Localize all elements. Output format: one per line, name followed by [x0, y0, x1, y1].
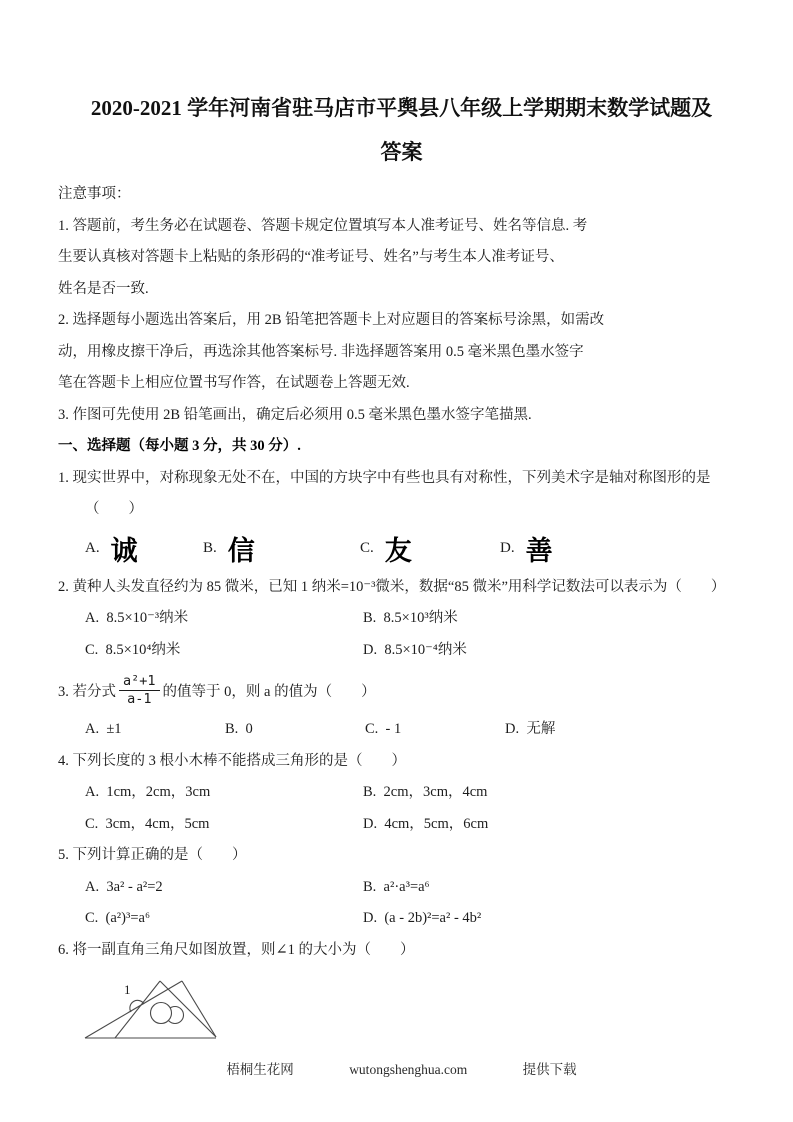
q1-option-d-label: D. [500, 540, 515, 557]
title-line-2: 答案 [58, 138, 745, 166]
q3-option-b: B. 0 [225, 714, 365, 746]
q3-options: A. ±1 B. 0 C. - 1 D. 无解 [58, 714, 745, 746]
q1-option-c-label: C. [360, 540, 374, 557]
q4-option-c: C. 3cm，4cm，5cm [85, 809, 363, 841]
page-footer: 梧桐生花网 wutongshenghua.com 提供下载 [58, 1058, 745, 1078]
q2-option-d: D. 8.5×10⁻⁴纳米 [363, 635, 467, 667]
title-line-1: 2020-2021 学年河南省驻马店市平舆县八年级上学期期末数学试题及 [58, 94, 745, 122]
q2-option-a: A. 8.5×10⁻³纳米 [85, 603, 363, 635]
q3-stem-suffix: 的值等于 0，则 a 的值为（ ） [163, 680, 376, 701]
page-title: 2020-2021 学年河南省驻马店市平舆县八年级上学期期末数学试题及 答案 [58, 94, 745, 166]
set-squares-figure: 1 [80, 972, 230, 1046]
q1-option-c: C. 友 [360, 529, 500, 568]
q5-options-row-2: C. (a²)³=a⁶ D. (a - 2b)²=a² - 4b² [58, 903, 745, 935]
q2-option-b: B. 8.5×10³纳米 [363, 603, 458, 635]
q5-option-b: B. a²·a³=a⁶ [363, 872, 430, 904]
notice-line-3: 姓名是否一致. [58, 274, 745, 306]
q5-stem: 5. 下列计算正确的是（ ） [58, 840, 745, 872]
q4-option-b: B. 2cm，3cm，4cm [363, 777, 487, 809]
q1-option-b-character: 信 [228, 529, 255, 568]
notice-line-6: 笔在答题卡上相应位置书写作答，在试题卷上答题无效. [58, 368, 745, 400]
q3-stem-prefix: 3. 若分式 [58, 680, 116, 701]
angle-1-label: 1 [124, 982, 131, 997]
q3-fraction: a²+1 a-1 [119, 673, 160, 708]
figure-hole-left [151, 1003, 172, 1024]
section-heading-choice: 一、选择题（每小题 3 分，共 30 分）. [58, 431, 745, 463]
q6-figure: 1 [80, 972, 745, 1048]
q1-stem: 1. 现实世界中，对称现象无处不在，中国的方块字中有些也具有对称性，下列美术字是… [58, 463, 745, 495]
q4-options-row-2: C. 3cm，4cm，5cm D. 4cm，5cm，6cm [58, 809, 745, 841]
q5-option-c: C. (a²)³=a⁶ [85, 903, 363, 935]
q1-options: A. 诚 B. 信 C. 友 D. 善 [58, 526, 745, 572]
figure-right-edge-long [182, 981, 216, 1037]
footer-site-name: 梧桐生花网 [226, 1062, 294, 1077]
notice-line-2: 生要认真核对答题卡上粘贴的条形码的“准考证号、姓名”与考生本人准考证号、 [58, 242, 745, 274]
notice-section: 注意事项： 1. 答题前，考生务必在试题卷、答题卡规定位置填写本人准考证号、姓名… [58, 179, 745, 431]
q1-option-b: B. 信 [203, 529, 360, 568]
q5-option-d: D. (a - 2b)²=a² - 4b² [363, 903, 481, 935]
q3-option-a: A. ±1 [85, 714, 225, 746]
q1-option-d: D. 善 [500, 529, 553, 568]
q5-option-a: A. 3a² - a²=2 [85, 872, 363, 904]
q1-option-a-character: 诚 [111, 529, 138, 568]
q1-option-b-label: B. [203, 540, 217, 557]
q3-stem: 3. 若分式 a²+1 a-1 的值等于 0，则 a 的值为（ ） [58, 666, 745, 714]
q2-options-row-2: C. 8.5×10⁴纳米 D. 8.5×10⁻⁴纳米 [58, 635, 745, 667]
exam-document-page: 2020-2021 学年河南省驻马店市平舆县八年级上学期期末数学试题及 答案 注… [0, 0, 793, 1122]
q4-option-d: D. 4cm，5cm，6cm [363, 809, 488, 841]
notice-header: 注意事项： [58, 179, 745, 211]
q2-stem: 2. 黄种人头发直径约为 85 微米，已知 1 纳米=10⁻³微米，数据“85 … [58, 572, 745, 604]
q1-option-a-label: A. [85, 540, 100, 557]
notice-line-1: 1. 答题前，考生务必在试题卷、答题卡规定位置填写本人准考证号、姓名等信息. 考 [58, 211, 745, 243]
notice-line-4: 2. 选择题每小题选出答案后，用 2B 铅笔把答题卡上对应题目的答案标号涂黑，如… [58, 305, 745, 337]
notice-line-7: 3. 作图可先使用 2B 铅笔画出，确定后必须用 0.5 毫米黑色墨水签字笔描黑… [58, 400, 745, 432]
q1-option-a: A. 诚 [85, 529, 203, 568]
notice-line-5: 动，用橡皮擦干净后，再选涂其他答案标号. 非选择题答案用 0.5 毫米黑色墨水签… [58, 337, 745, 369]
q5-options-row-1: A. 3a² - a²=2 B. a²·a³=a⁶ [58, 872, 745, 904]
footer-download-text: 提供下载 [523, 1062, 577, 1077]
q4-option-a: A. 1cm，2cm，3cm [85, 777, 363, 809]
q1-option-d-character: 善 [526, 529, 553, 568]
q4-options-row-1: A. 1cm，2cm，3cm B. 2cm，3cm，4cm [58, 777, 745, 809]
q1-option-c-character: 友 [385, 529, 412, 568]
q2-option-c: C. 8.5×10⁴纳米 [85, 635, 363, 667]
q3-fraction-numerator: a²+1 [119, 673, 160, 691]
q6-stem: 6. 将一副直角三角尺如图放置，则∠1 的大小为（ ） [58, 935, 745, 967]
q2-options-row-1: A. 8.5×10⁻³纳米 B. 8.5×10³纳米 [58, 603, 745, 635]
q3-option-d: D. 无解 [505, 714, 555, 746]
footer-site-url: wutongshenghua.com [349, 1062, 467, 1077]
q4-stem: 4. 下列长度的 3 根小木棒不能搭成三角形的是（ ） [58, 746, 745, 778]
q3-option-c: C. - 1 [365, 714, 505, 746]
q3-fraction-denominator: a-1 [123, 691, 155, 708]
q1-answer-bracket: （ ） [58, 494, 745, 526]
